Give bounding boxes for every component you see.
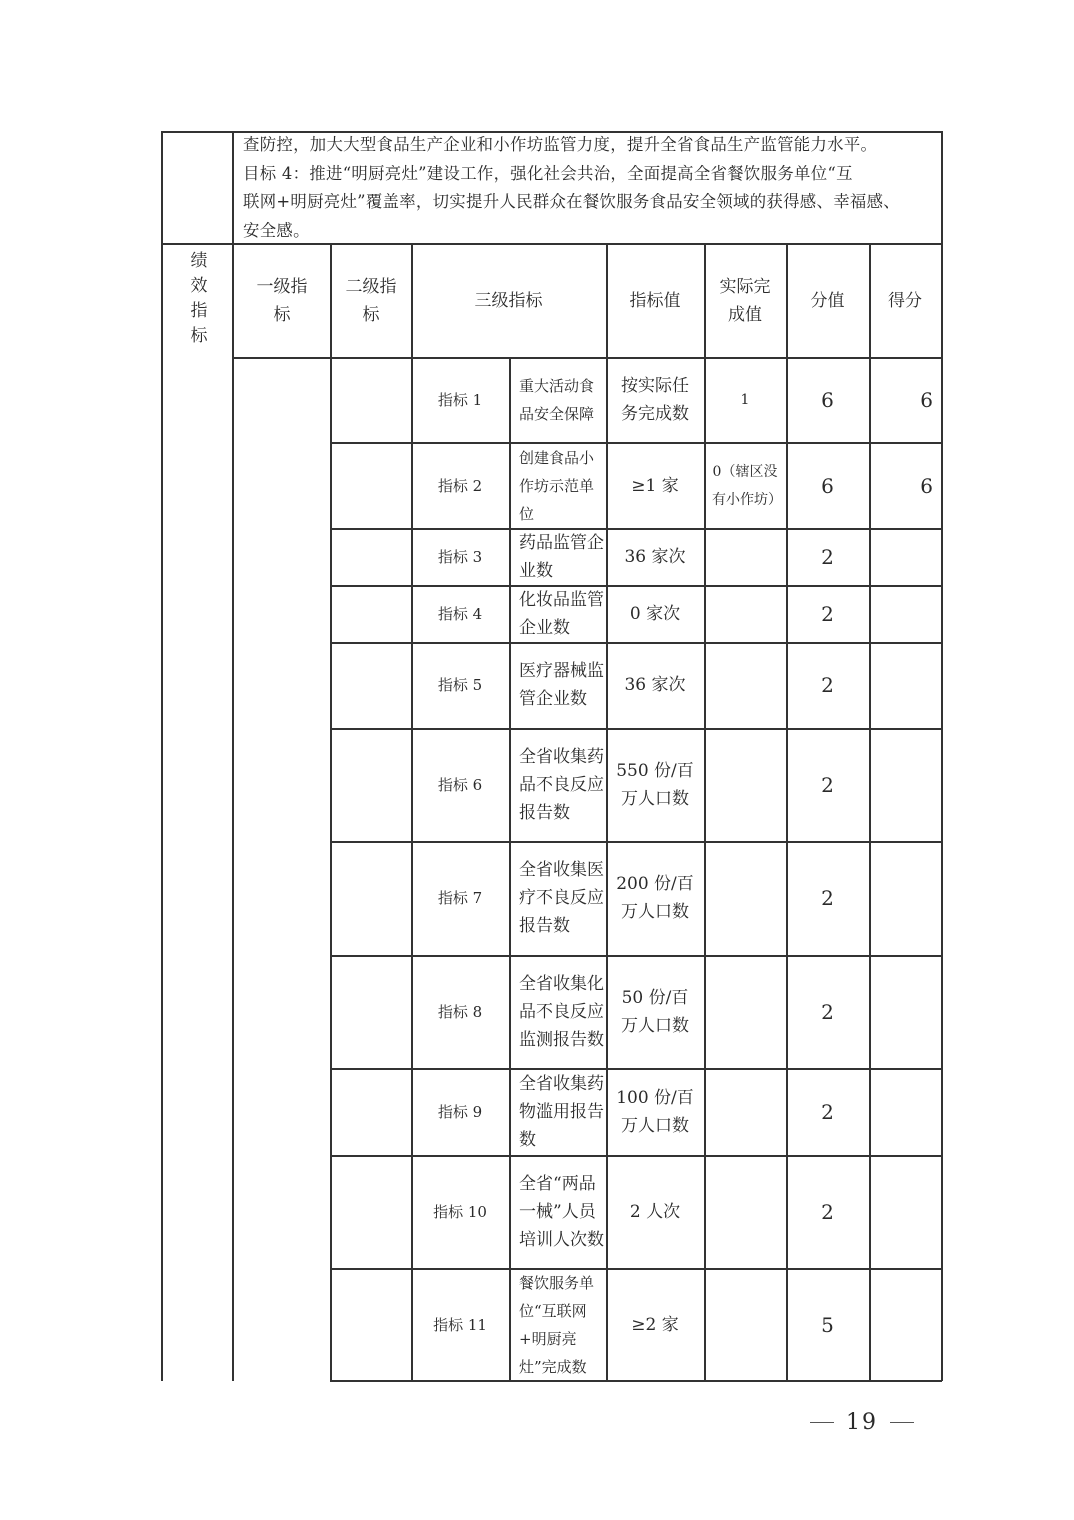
row-3-obtained: [869, 528, 941, 585]
row-3-actual: [704, 528, 786, 585]
row-1-score: 6: [786, 357, 869, 443]
page-number: 19: [810, 1410, 914, 1435]
dash-left: [810, 1422, 834, 1424]
row-9-score: 2: [786, 1068, 869, 1155]
row-6-actual: [704, 728, 786, 841]
goal-line-2: 目标 4：推进“明厨亮灶”建设工作，强化社会共治，全面提高全省餐饮服务单位“互: [243, 160, 938, 189]
row-10-score: 2: [786, 1155, 869, 1268]
row-4-score: 2: [786, 585, 869, 642]
col-border-right: [941, 131, 943, 1381]
row-5-actual: [704, 642, 786, 728]
row-1-name: 重大活动食品安全保障: [509, 357, 606, 443]
row-8-target: 50 份/百万人口数: [614, 955, 696, 1068]
row-3-target: 36 家次: [606, 528, 704, 585]
row-3-name: 药品监管企业数: [509, 528, 606, 585]
row-10-name: 全省“两品一械”人员培训人次数: [509, 1155, 606, 1268]
row-8-name: 全省收集化品不良反应监测报告数: [509, 955, 606, 1068]
row-9-indicator: 指标 9: [411, 1068, 509, 1155]
header-target-value: 指标值: [606, 244, 704, 357]
row-11-score: 5: [786, 1268, 869, 1381]
row-7-name: 全省收集医疗不良反应报告数: [509, 841, 606, 955]
header-actual-value: 实际完成值: [714, 244, 776, 357]
row-10-actual: [704, 1155, 786, 1268]
row-11-actual: [704, 1268, 786, 1381]
row-7-obtained: [869, 841, 941, 955]
row-2-target: ≥1 家: [606, 443, 704, 528]
row-6-obtained: [869, 728, 941, 841]
row-6-name: 全省收集药品不良反应报告数: [509, 728, 606, 841]
row-9-obtained: [869, 1068, 941, 1155]
row-10-obtained: [869, 1155, 941, 1268]
row-2-actual: 0（辖区没有小作坊）: [712, 443, 778, 528]
row-8-indicator: 指标 8: [411, 955, 509, 1068]
row-2-name: 创建食品小作坊示范单位: [509, 443, 606, 528]
row-2-obtained: 6: [869, 443, 941, 528]
row-3-indicator: 指标 3: [411, 528, 509, 585]
row-11-indicator: 指标 11: [411, 1268, 509, 1381]
document-page: 查防控，加大大型食品生产企业和小作坊监管力度，提升全省食品生产监管能力水平。 目…: [0, 0, 1074, 1520]
row-4-obtained: [869, 585, 941, 642]
row-3-score: 2: [786, 528, 869, 585]
header-level1: 一级指标: [254, 244, 310, 357]
row-7-actual: [704, 841, 786, 955]
row-4-actual: [704, 585, 786, 642]
goal-description: 查防控，加大大型食品生产企业和小作坊监管力度，提升全省食品生产监管能力水平。 目…: [243, 131, 938, 245]
page-number-value: 19: [846, 1410, 878, 1435]
row-5-score: 2: [786, 642, 869, 728]
row-11-name: 餐饮服务单位“互联网+明厨亮灶”完成数: [509, 1268, 606, 1381]
row-9-name: 全省收集药物滥用报告数: [509, 1068, 606, 1155]
row-1-target: 按实际任务完成数: [614, 357, 696, 443]
row-5-obtained: [869, 642, 941, 728]
row-4-indicator: 指标 4: [411, 585, 509, 642]
goal-line-3: 联网+明厨亮灶”覆盖率，切实提升人民群众在餐饮服务食品安全领域的获得感、幸福感、: [243, 188, 938, 217]
table-border-top: [161, 131, 942, 133]
row-9-target: 100 份/百万人口数: [614, 1068, 696, 1155]
header-level2: 二级指标: [340, 244, 402, 357]
row-10-target: 2 人次: [606, 1155, 704, 1268]
row-8-actual: [704, 955, 786, 1068]
row-4-name: 化妆品监管企业数: [509, 585, 606, 642]
row-11-obtained: [869, 1268, 941, 1381]
side-label: 绩效指标: [183, 251, 211, 351]
row-1-actual: 1: [704, 357, 786, 443]
col-border: [232, 131, 234, 1381]
row-1-obtained: 6: [869, 357, 941, 443]
row-5-indicator: 指标 5: [411, 642, 509, 728]
goal-line-1: 查防控，加大大型食品生产企业和小作坊监管力度，提升全省食品生产监管能力水平。: [243, 131, 938, 160]
row-6-score: 2: [786, 728, 869, 841]
dash-right: [890, 1422, 914, 1424]
header-score-obtained: 得分: [869, 244, 941, 357]
row-6-indicator: 指标 6: [411, 728, 509, 841]
header-score-value: 分值: [786, 244, 869, 357]
row-11-target: ≥2 家: [606, 1268, 704, 1381]
row-9-actual: [704, 1068, 786, 1155]
row-7-target: 200 份/百万人口数: [614, 841, 696, 955]
row-5-target: 36 家次: [606, 642, 704, 728]
row-2-indicator: 指标 2: [411, 443, 509, 528]
row-7-indicator: 指标 7: [411, 841, 509, 955]
row-2-score: 6: [786, 443, 869, 528]
row-8-obtained: [869, 955, 941, 1068]
col-border: [330, 243, 332, 1381]
row-5-name: 医疗器械监管企业数: [509, 642, 606, 728]
header-level3: 三级指标: [411, 244, 606, 357]
row-4-target: 0 家次: [606, 585, 704, 642]
row-10-indicator: 指标 10: [411, 1155, 509, 1268]
row-6-target: 550 份/百万人口数: [614, 728, 696, 841]
row-1-indicator: 指标 1: [411, 357, 509, 443]
goal-line-4: 安全感。: [243, 217, 938, 246]
row-8-score: 2: [786, 955, 869, 1068]
row-7-score: 2: [786, 841, 869, 955]
side-label-cell: 绩效指标: [161, 244, 232, 357]
